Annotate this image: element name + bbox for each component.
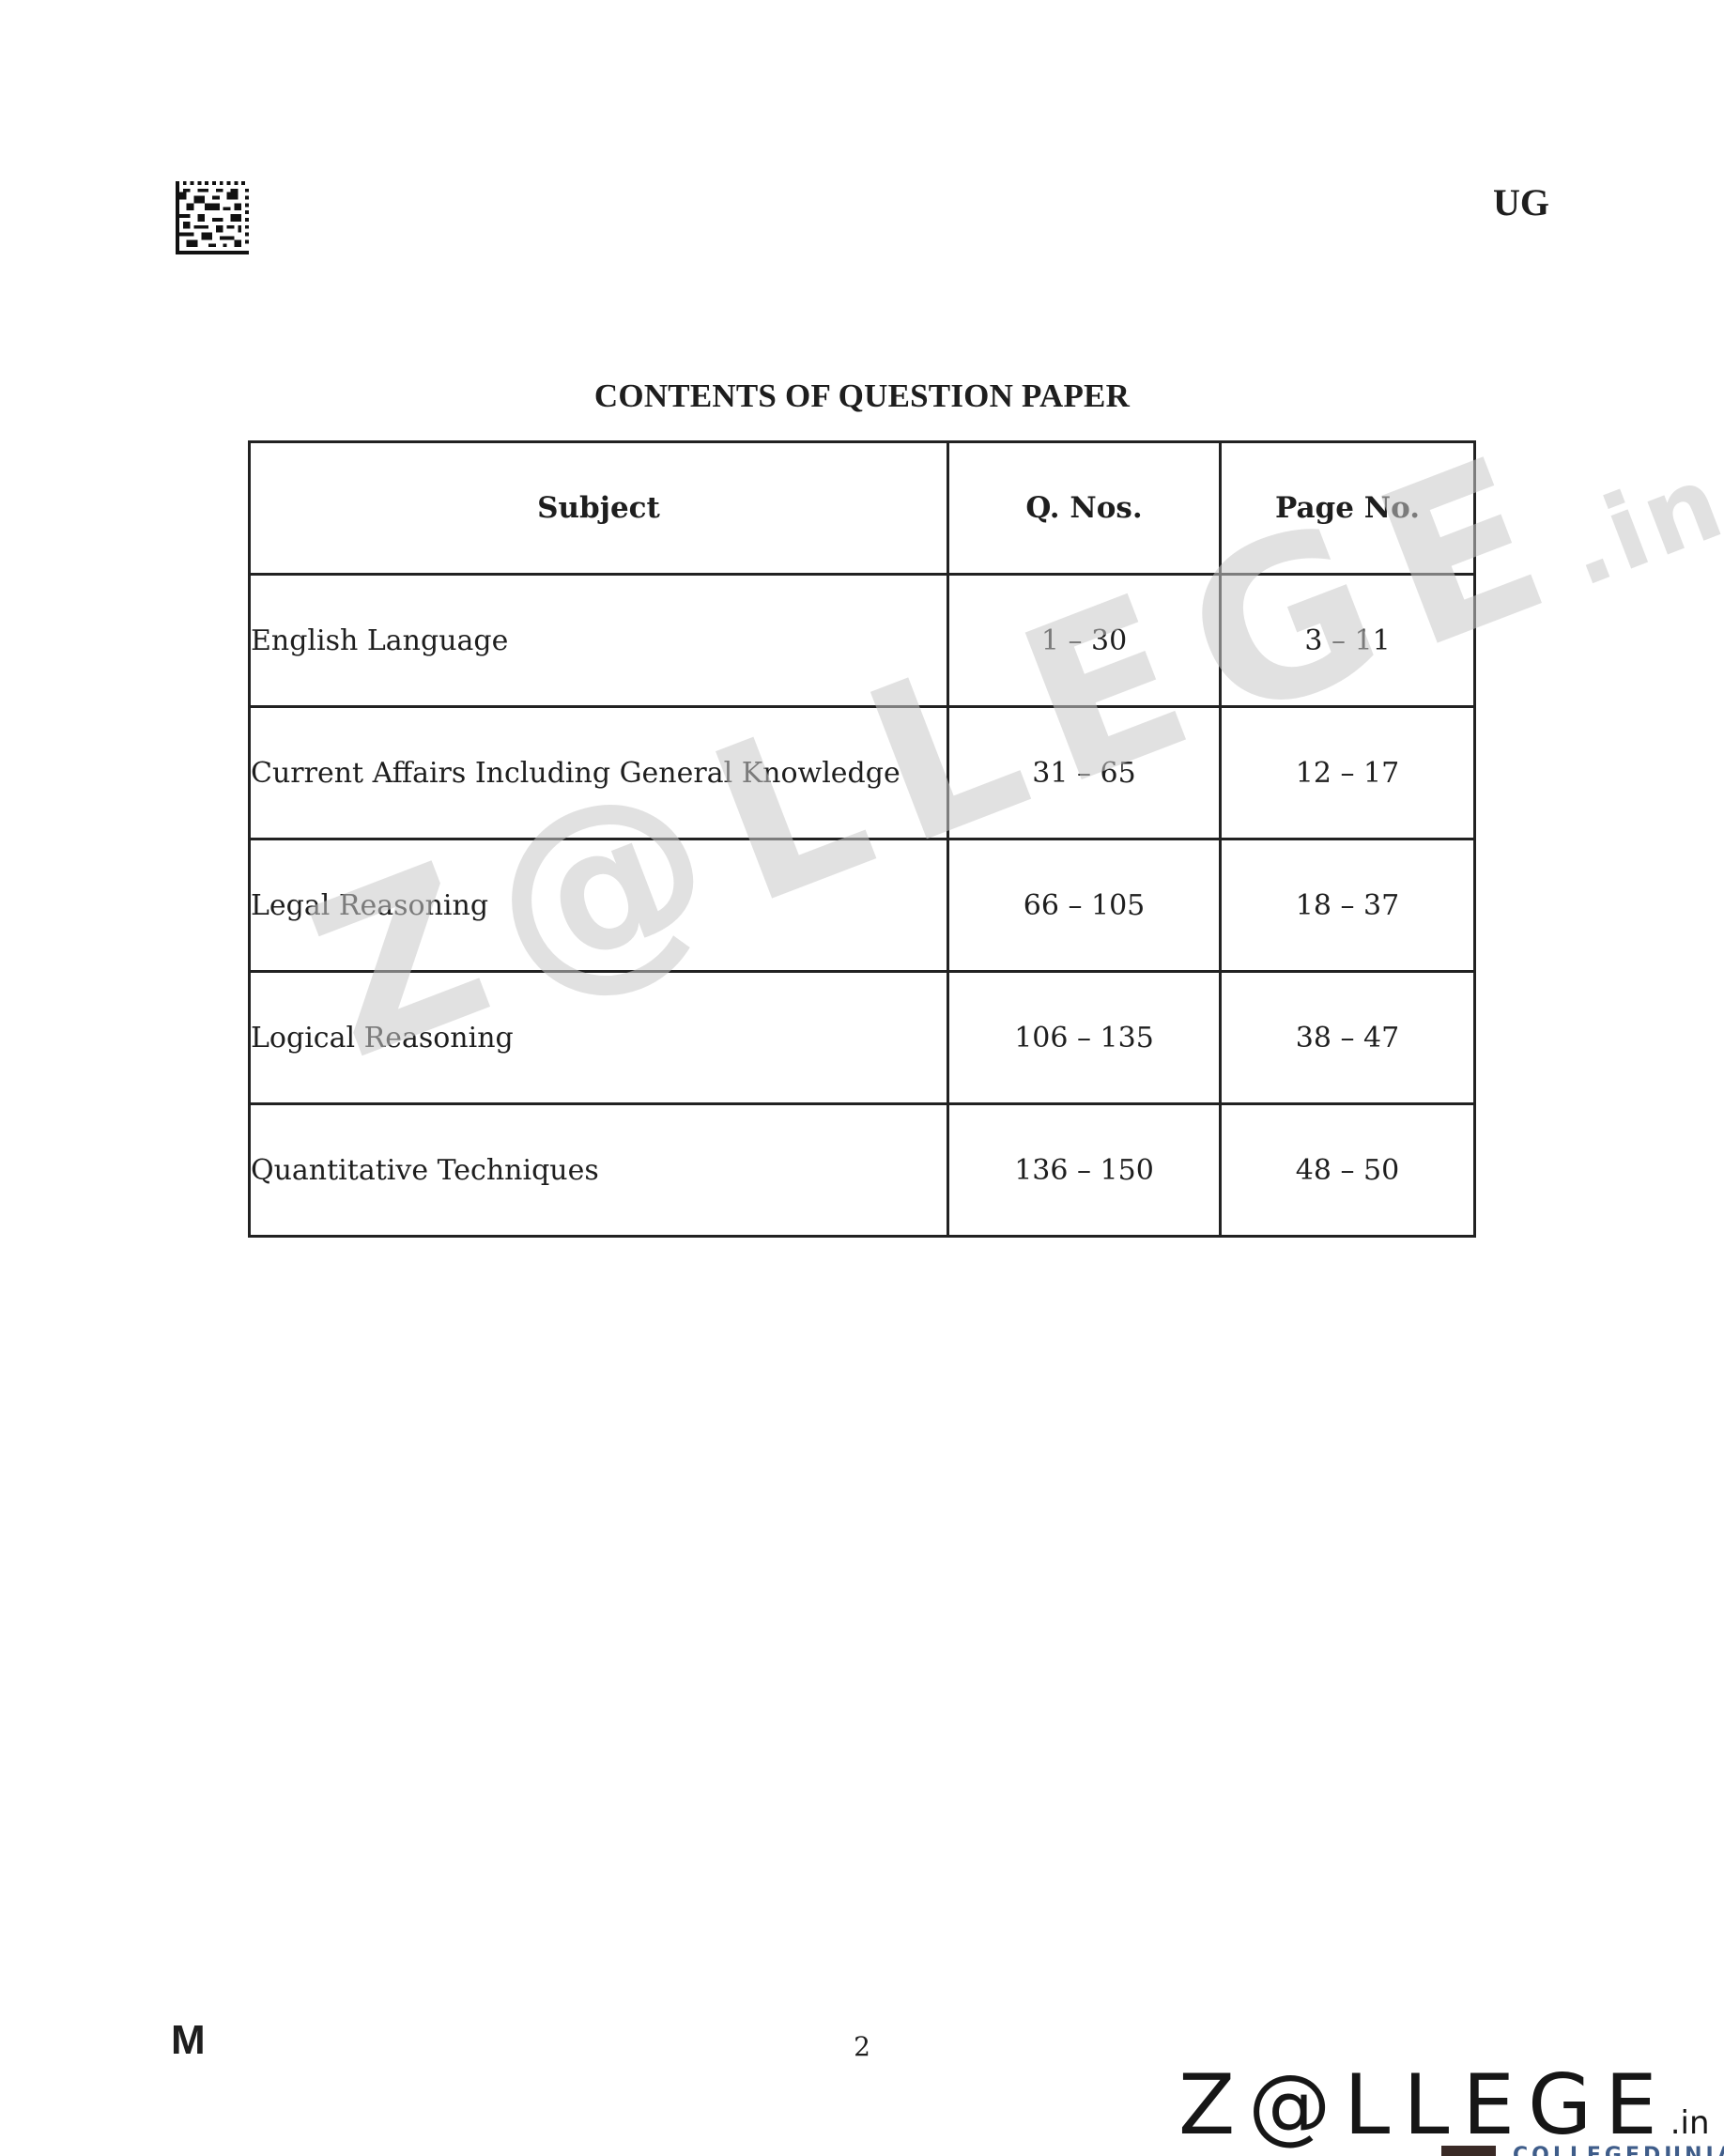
page-no-cell: 38 – 47	[1221, 972, 1475, 1104]
zollege-logo: Z@LLEGE.in	[1178, 2056, 1710, 2153]
page-title: CONTENTS OF QUESTION PAPER	[0, 377, 1724, 415]
column-header-subject: Subject	[250, 442, 948, 575]
table-row: Current Affairs Including General Knowle…	[250, 707, 1475, 839]
q-nos-cell: 106 – 135	[948, 972, 1221, 1104]
column-header-page-no: Page No.	[1221, 442, 1475, 575]
q-nos-cell: 66 – 105	[948, 839, 1221, 972]
column-header-q-nos: Q. Nos.	[948, 442, 1221, 575]
exam-code-label: UG	[1493, 180, 1549, 224]
subject-cell: Legal Reasoning	[250, 839, 948, 972]
partner-logo: COLLEGEDUNIA	[1441, 2146, 1724, 2156]
logo-tld: .in	[1670, 2104, 1710, 2142]
page-no-cell: 18 – 37	[1221, 839, 1475, 972]
q-nos-cell: 1 – 30	[948, 575, 1221, 707]
subject-cell: English Language	[250, 575, 948, 707]
subject-cell: Quantitative Techniques	[250, 1104, 948, 1237]
contents-table: Subject Q. Nos. Page No. English Languag…	[248, 440, 1476, 1238]
logo-text: Z@LLEGE	[1178, 2056, 1670, 2153]
page-no-cell: 3 – 11	[1221, 575, 1475, 707]
q-nos-cell: 136 – 150	[948, 1104, 1221, 1237]
table-row: Logical Reasoning 106 – 135 38 – 47	[250, 972, 1475, 1104]
subject-cell: Logical Reasoning	[250, 972, 948, 1104]
table-row: English Language 1 – 30 3 – 11	[250, 575, 1475, 707]
table-row: Legal Reasoning 66 – 105 18 – 37	[250, 839, 1475, 972]
q-nos-cell: 31 – 65	[948, 707, 1221, 839]
subject-cell: Current Affairs Including General Knowle…	[250, 707, 948, 839]
page-no-cell: 12 – 17	[1221, 707, 1475, 839]
table-row: Quantitative Techniques 136 – 150 48 – 5…	[250, 1104, 1475, 1237]
datamatrix-barcode-icon	[175, 181, 250, 254]
table-header-row: Subject Q. Nos. Page No.	[250, 442, 1475, 575]
partner-logo-text: COLLEGEDUNIA	[1513, 2144, 1724, 2156]
watermark-tld: .in	[1548, 440, 1724, 609]
page-no-cell: 48 – 50	[1221, 1104, 1475, 1237]
partner-logo-icon	[1441, 2146, 1496, 2156]
